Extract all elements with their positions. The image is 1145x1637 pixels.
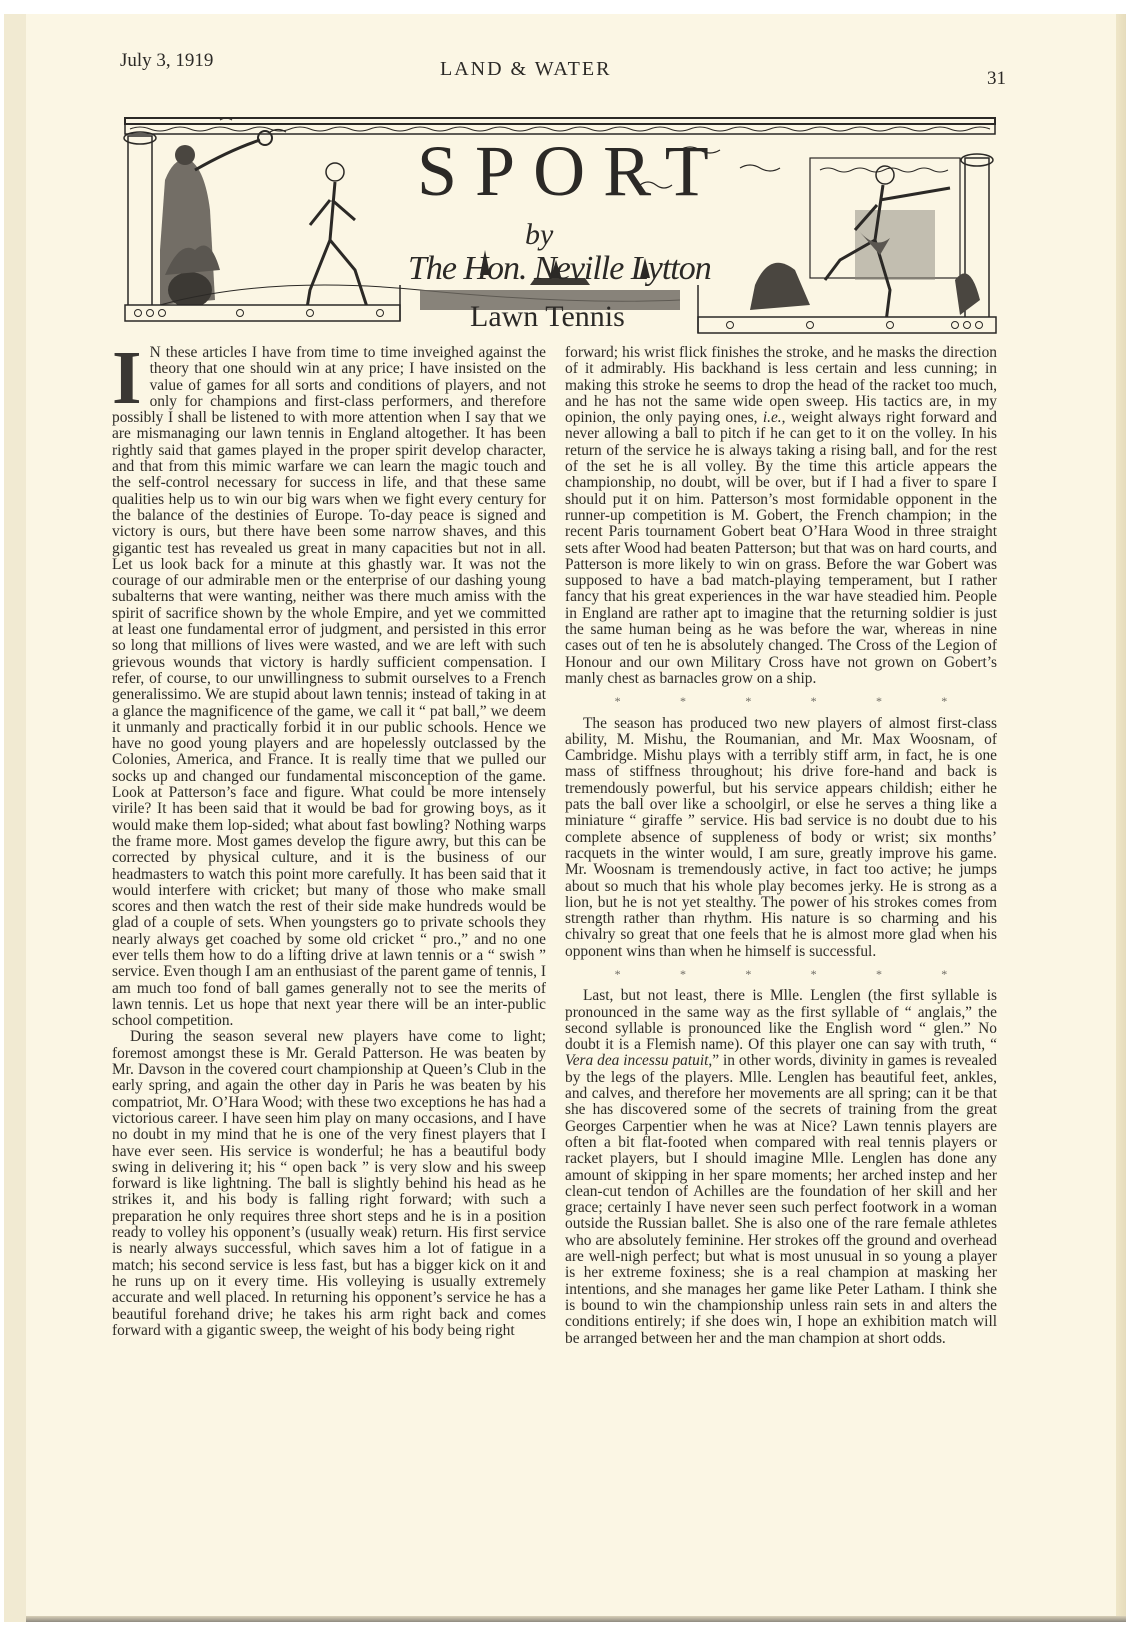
article-paragraph: Last, but not least, there is Mlle. Leng…	[565, 988, 997, 1347]
page-edge	[1116, 14, 1126, 1622]
banner-author: The Hon. Neville Lytton	[408, 250, 711, 288]
article-paragraph: The season has produced two new players …	[565, 716, 997, 960]
page-number: 31	[987, 68, 1006, 90]
page-bottom-edge	[26, 1616, 1126, 1622]
drop-cap: I	[112, 347, 142, 409]
banner-byline-by: by	[525, 218, 553, 252]
article-paragraph: IN these articles I have from time to ti…	[112, 345, 546, 1029]
article-column-right: forward; his wrist flick finishes the st…	[565, 345, 997, 1347]
article-paragraph: forward; his wrist flick finishes the st…	[565, 345, 997, 687]
article-paragraph: During the season several new players ha…	[112, 1029, 546, 1339]
section-separator: ******	[565, 687, 997, 715]
section-separator: ******	[565, 960, 997, 988]
publication-title: LAND & WATER	[440, 58, 611, 81]
article-column-left: IN these articles I have from time to ti…	[112, 345, 546, 1339]
issue-date: July 3, 1919	[120, 50, 213, 72]
banner-title: SPORT	[417, 130, 727, 213]
section-title: Lawn Tennis	[470, 300, 625, 334]
